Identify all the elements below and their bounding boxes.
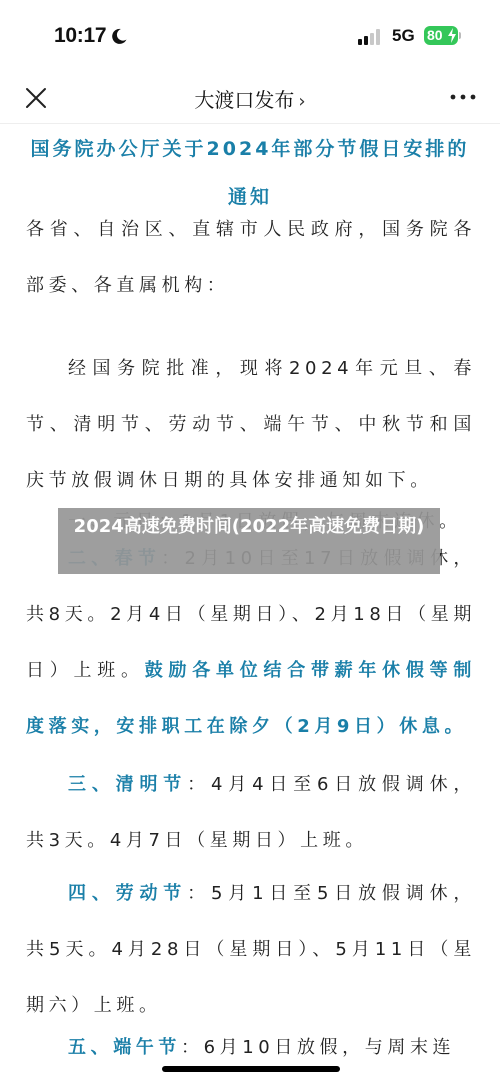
account-name: 大渡口发布 [194,88,294,112]
account-title-link[interactable]: 大渡口发布› [0,84,500,113]
battery-cap [459,32,461,39]
network-label: 5G [392,26,415,46]
battery-level: 80 [427,27,443,43]
signal-icon [358,29,384,45]
screen: 10:17 5G 80 大渡口发布› [0,0,500,1083]
battery-indicator: 80 [424,26,458,45]
nav-bar: 大渡口发布› [0,72,500,124]
dragon-boat-body: ：6月10日放假，与周末连 [181,1037,455,1058]
status-time: 10:17 [54,24,106,48]
caption-overlay: 2024高速免费时间(2022年高速免费日期) [58,508,440,574]
title-line-1: 国务院办公厅关于2024年部分节假日安排的 [30,125,470,173]
more-icon[interactable] [448,87,478,107]
item-labor-day-paragraph: 四、劳动节：5月1日至5日放假调休，共5天。4月28日（星期日）、5月11日（星… [26,866,476,1034]
charging-bolt-icon [447,28,457,43]
item-qingming-paragraph: 三、清明节：4月4日至6日放假调休，共3天。4月7日（星期日）上班。 [26,757,476,869]
moon-icon [110,27,128,45]
dragon-boat-heading: 五、端午节 [68,1037,181,1058]
intro-paragraph: 经国务院批准，现将2024年元旦、春节、清明节、劳动节、端午节、中秋节和国庆节放… [26,341,476,509]
salutation-paragraph: 各省、自治区、直辖市人民政府，国务院各部委、各直属机构： [26,202,476,314]
home-indicator[interactable] [162,1066,340,1072]
qingming-heading: 三、清明节 [68,774,187,795]
status-bar: 10:17 5G 80 [0,0,500,72]
labor-day-heading: 四、劳动节 [68,883,187,904]
chevron-right-icon: › [298,91,305,112]
